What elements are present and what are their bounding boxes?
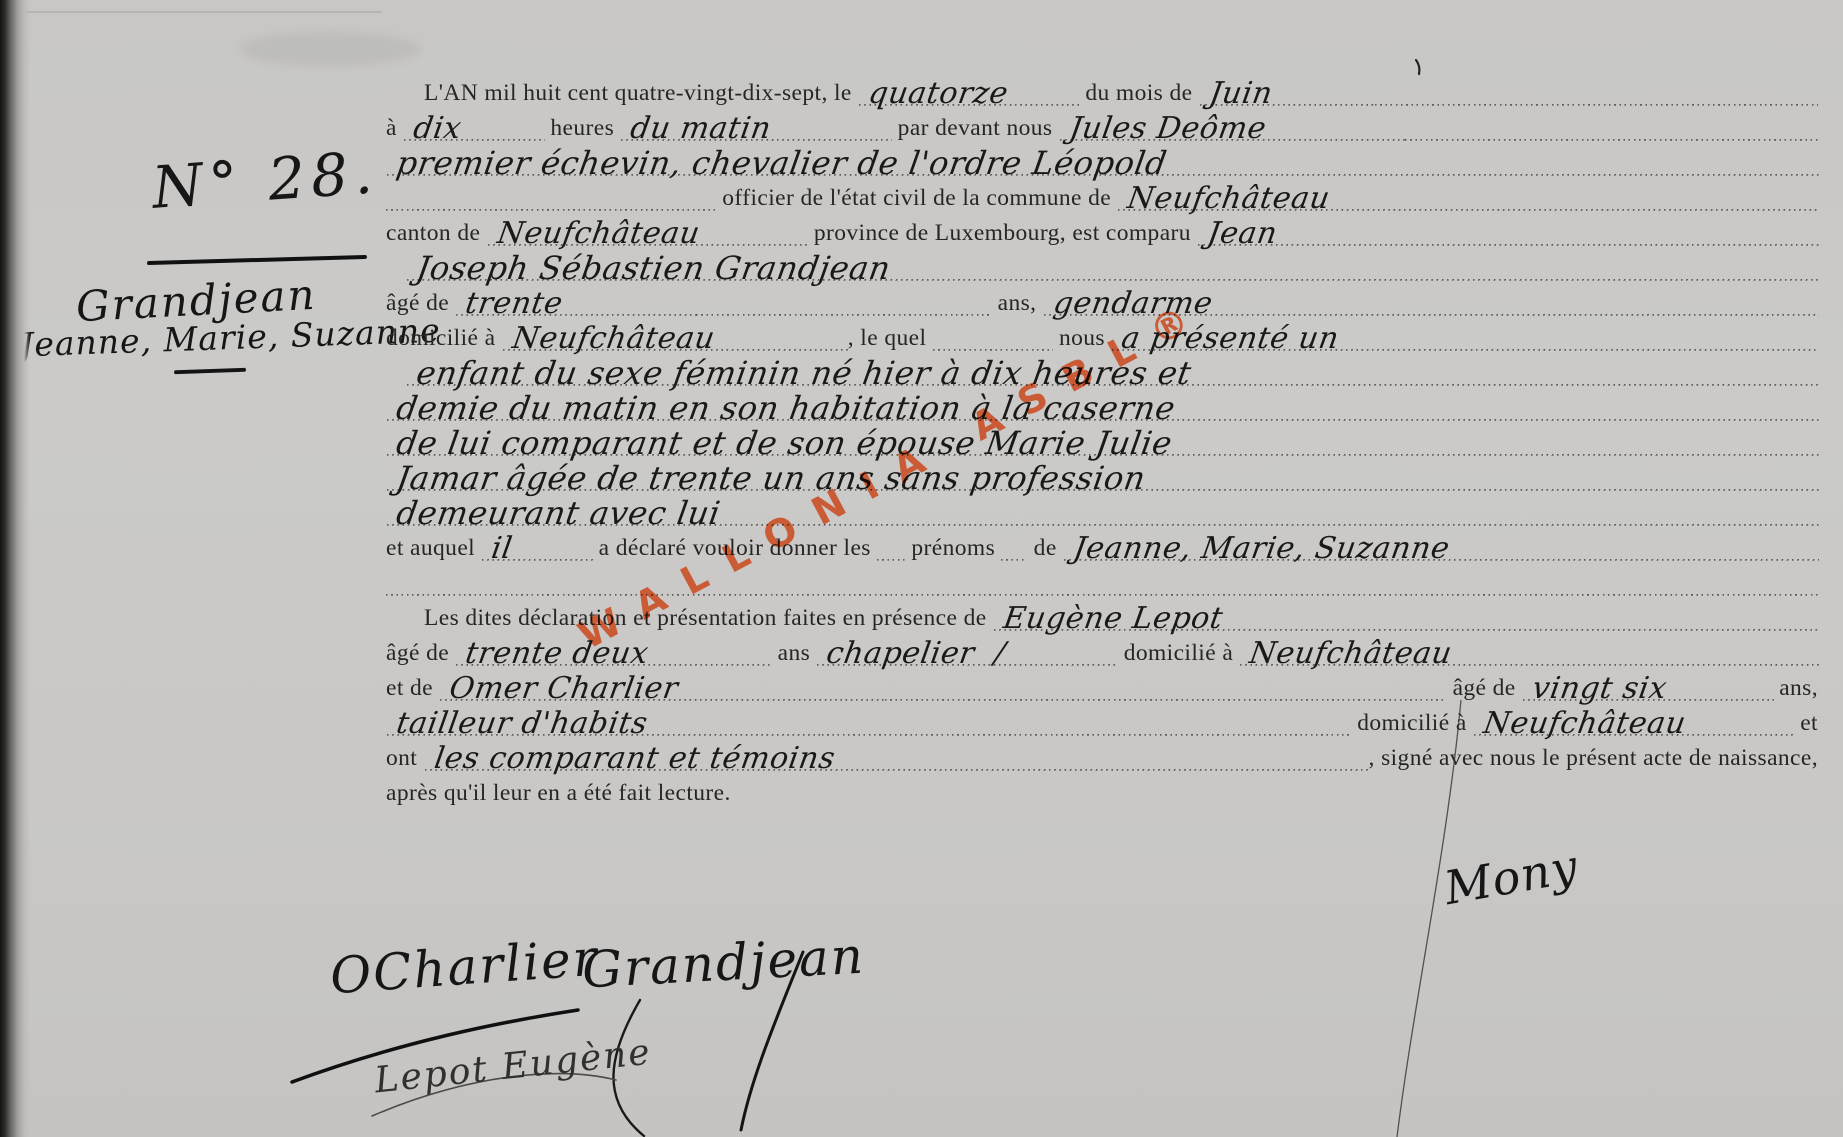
printed-form-text: heures — [544, 111, 620, 146]
form-line: après qu'il leur en a été fait lecture. — [386, 776, 1818, 811]
printed-form-text: canton de — [386, 216, 487, 251]
dotted-blank — [1405, 111, 1818, 146]
form-line: et auquel il a déclaré vouloir donner le… — [386, 531, 1818, 566]
form-line: demie du matin en son habitation à la ca… — [386, 391, 1818, 426]
handwritten-entry: Jamar âgée de trente un ans sans profess… — [386, 461, 1824, 496]
act-body: L'AN mil huit cent quatre-vingt-dix-sept… — [386, 76, 1818, 811]
act-number-underline — [147, 255, 367, 265]
printed-form-text: et de — [386, 671, 439, 706]
handwritten-entry: dix — [403, 111, 550, 146]
dotted-blank — [386, 566, 1818, 601]
printed-form-text: par devant nous — [891, 111, 1058, 146]
dotted-blank — [1375, 76, 1818, 111]
handwritten-entry: Jeanne, Marie, Suzanne — [1063, 531, 1824, 566]
printed-form-text: L'AN mil huit cent quatre-vingt-dix-sept… — [424, 76, 858, 111]
handwritten-entry: Jules Deôme — [1059, 111, 1411, 146]
dotted-blank — [933, 321, 1053, 356]
signature-paraph: Mony — [1440, 839, 1582, 916]
dotted-blank — [877, 531, 905, 566]
printed-form-text: après qu'il leur en a été fait lecture. — [386, 776, 731, 811]
handwritten-entry: vingt six — [1522, 671, 1779, 706]
act-number: N° 28. — [150, 138, 381, 222]
handwritten-entry: Neufchâteau — [1239, 636, 1823, 671]
handwritten-entry: premier échevin, chevalier de l'ordre Lé… — [386, 146, 1824, 181]
printed-form-text: à — [386, 111, 403, 146]
form-line: tailleur d'habits domicilié à Neufchâtea… — [386, 706, 1818, 741]
printed-form-text: ans, — [1773, 671, 1818, 706]
handwritten-entry: Neufchâteau — [1473, 706, 1800, 741]
printed-form-text: âgé de — [1446, 671, 1522, 706]
handwritten-entry: Neufchâteau — [502, 321, 854, 356]
form-line: et de Omer Charlier âgé de vingt six ans… — [386, 671, 1818, 706]
printed-form-text: et auquel — [386, 531, 481, 566]
form-line — [386, 566, 1818, 601]
handwritten-entry: Eugène Lepot — [993, 601, 1824, 636]
form-line: officier de l'état civil de la commune d… — [386, 181, 1818, 216]
form-line: ont les comparant et témoins, signé avec… — [386, 741, 1818, 776]
printed-form-text: , signé avec nous le présent acte de nai… — [1369, 741, 1818, 776]
dotted-blank — [822, 706, 1351, 741]
handwritten-entry: Neufchâteau — [1117, 181, 1823, 216]
printed-form-text: domicilié à — [1351, 706, 1473, 741]
printed-form-text: âgé de — [386, 286, 455, 321]
handwritten-entry: Omer Charlier — [439, 671, 891, 706]
handwritten-entry: chapelier / — [816, 636, 1123, 671]
dotted-blank — [1001, 531, 1027, 566]
handwritten-entry: Jean — [1197, 216, 1823, 251]
form-line: canton de Neufchâteau province de Luxemb… — [386, 216, 1818, 251]
printed-form-text: prénoms — [905, 531, 1001, 566]
dotted-blank — [696, 286, 991, 321]
printed-form-text: ont — [386, 741, 424, 776]
handwritten-entry: Neufchâteau — [487, 216, 814, 251]
form-line: à dix heures du matin par devant nous Ju… — [386, 111, 1818, 146]
signature-lepot: Lepot Eugène — [373, 1032, 654, 1102]
printed-form-text: ans — [771, 636, 816, 671]
handwritten-entry: tailleur d'habits — [386, 706, 828, 741]
handwritten-entry: il — [481, 531, 598, 566]
form-line: demeurant avec lui — [386, 496, 1818, 531]
form-line: de lui comparant et de son épouse Marie … — [386, 426, 1818, 461]
handwritten-entry: a présenté un — [1111, 321, 1823, 356]
dotted-blank — [885, 671, 1446, 706]
birth-act-scan: N° 28. Grandjean Jeanne, Marie, Suzanne … — [0, 0, 1843, 1137]
handwritten-entry: Joseph Sébastien Grandjean — [406, 251, 1824, 286]
printed-form-text: du mois de — [1079, 76, 1199, 111]
printed-form-text: ans, — [991, 286, 1042, 321]
form-line: L'AN mil huit cent quatre-vingt-dix-sept… — [386, 76, 1818, 111]
printed-form-text: officier de l'état civil de la commune d… — [716, 181, 1117, 216]
signature-charlier: OCharlier — [328, 929, 600, 1006]
handwritten-entry: demeurant avec lui — [386, 496, 1824, 531]
form-line: Joseph Sébastien Grandjean — [386, 251, 1818, 286]
printed-form-text: domicilié à — [386, 321, 502, 356]
handwritten-entry: les comparant et témoins — [424, 741, 1375, 776]
handwritten-entry: du matin — [620, 111, 897, 146]
signature-grandjean: Grandjean — [581, 927, 867, 1000]
dotted-blank — [386, 181, 716, 216]
handwritten-entry: quatorze — [858, 76, 1085, 111]
page-binding-edge — [0, 0, 30, 1137]
printed-form-text: province de Luxembourg, est comparu — [808, 216, 1198, 251]
handwritten-entry: trente — [455, 286, 702, 321]
handwritten-entry: demie du matin en son habitation à la ca… — [386, 391, 1824, 426]
handwritten-entry: de lui comparant et de son épouse Marie … — [386, 426, 1824, 461]
printed-form-text: de — [1027, 531, 1063, 566]
handwritten-entry: Juin — [1199, 76, 1381, 111]
printed-form-text: , le quel — [848, 321, 933, 356]
form-line: Jamar âgée de trente un ans sans profess… — [386, 461, 1818, 496]
printed-form-text: domicilié à — [1117, 636, 1239, 671]
margin-dash — [174, 368, 246, 374]
printed-form-text: âgé de — [386, 636, 455, 671]
form-line: âgé de trente ans, gendarme — [386, 286, 1818, 321]
faint-rule-line — [0, 11, 382, 13]
printed-form-text: Les dites déclaration et présentation fa… — [424, 601, 993, 636]
form-line: premier échevin, chevalier de l'ordre Lé… — [386, 146, 1818, 181]
paper-smudge — [240, 32, 420, 66]
